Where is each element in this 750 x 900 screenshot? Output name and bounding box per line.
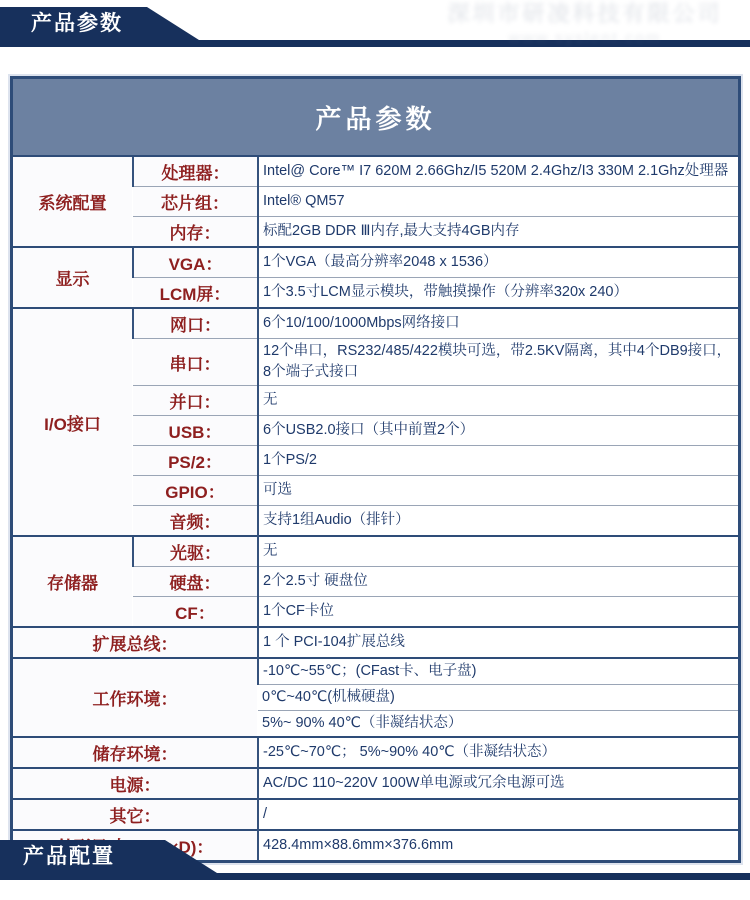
- rowgroup-system-config: 系统配置: [13, 157, 133, 247]
- row-value: -25℃~70℃； 5%~90% 40℃（非凝结状态）: [258, 737, 738, 768]
- row-value: 0℃~40℃(机械硬盘): [258, 685, 738, 711]
- row-label: 储存环境：: [13, 737, 258, 768]
- spec-row-optical: 存储器 光驱： 无: [13, 536, 738, 567]
- row-label: 音频：: [133, 506, 258, 537]
- spec-row-storage-env: 储存环境： -25℃~70℃； 5%~90% 40℃（非凝结状态）: [13, 737, 738, 768]
- rowgroup-io: I/O接口: [13, 308, 133, 536]
- row-label: 串口：: [133, 339, 258, 386]
- spec-row-cpu: 系统配置 处理器： Intel@ Core™ I7 620M 2.66Ghz/I…: [13, 157, 738, 187]
- row-value: 428.4mm×88.6mm×376.6mm: [258, 830, 738, 860]
- row-label: 内存：: [133, 217, 258, 248]
- row-label: 处理器：: [133, 157, 258, 187]
- banner-top-label: 产品参数: [31, 8, 123, 40]
- row-label: 电源：: [13, 768, 258, 799]
- row-value: Intel@ Core™ I7 620M 2.66Ghz/I5 520M 2.4…: [258, 157, 738, 187]
- row-value: 12个串口，RS232/485/422模块可选，带2.5KV隔离，其中4个DB9…: [258, 339, 738, 386]
- row-value: 支持1组Audio（排针）: [258, 506, 738, 537]
- row-label: 芯片组：: [133, 187, 258, 217]
- row-value: 无: [258, 386, 738, 416]
- banner-bottom-label: 产品配置: [23, 841, 115, 873]
- row-value: 6个USB2.0接口（其中前置2个）: [258, 416, 738, 446]
- row-value: Intel® QM57: [258, 187, 738, 217]
- row-value: 1个PS/2: [258, 446, 738, 476]
- row-value: 标配2GB DDR Ⅲ内存,最大支持4GB内存: [258, 217, 738, 248]
- row-value: 可选: [258, 476, 738, 506]
- spec-table-header: 产品参数: [13, 79, 738, 157]
- row-label: 扩展总线：: [13, 627, 258, 658]
- row-label: 光驱：: [133, 536, 258, 567]
- row-value: /: [258, 799, 738, 830]
- spec-row-vga: 显示 VGA： 1个VGA（最高分辨率2048 x 1536）: [13, 247, 738, 278]
- row-label: PS/2：: [133, 446, 258, 476]
- spec-row-other: 其它： /: [13, 799, 738, 830]
- row-label: 网口：: [133, 308, 258, 339]
- row-value: 1个CF卡位: [258, 597, 738, 628]
- spec-row-operating-env-1: 工作环境： -10℃~55℃；(CFast卡、电子盘): [13, 658, 738, 685]
- row-value: AC/DC 110~220V 100W单电源或冗余电源可选: [258, 768, 738, 799]
- row-value: 1个VGA（最高分辨率2048 x 1536）: [258, 247, 738, 278]
- row-label: 并口：: [133, 386, 258, 416]
- row-label: 工作环境：: [13, 658, 258, 737]
- row-value: 1个3.5寸LCM显示模块，带触摸操作（分辨率320x 240）: [258, 278, 738, 309]
- row-value: 6个10/100/1000Mbps网络接口: [258, 308, 738, 339]
- row-value: 1 个 PCI-104扩展总线: [258, 627, 738, 658]
- row-label: 其它：: [13, 799, 258, 830]
- row-label: GPIO：: [133, 476, 258, 506]
- spec-row-power: 电源： AC/DC 110~220V 100W单电源或冗余电源可选: [13, 768, 738, 799]
- rowgroup-storage: 存储器: [13, 536, 133, 627]
- section-banner-product-parameters: 产品参数: [0, 7, 750, 47]
- page: 产品参数 深圳市研凌科技有限公司 www.syslent.com 深圳市研凌科技…: [0, 0, 750, 900]
- row-label: LCM屏：: [133, 278, 258, 309]
- spec-row-expansion-bus: 扩展总线： 1 个 PCI-104扩展总线: [13, 627, 738, 658]
- row-value: -10℃~55℃；(CFast卡、电子盘): [258, 658, 738, 685]
- spec-table-title: 产品参数: [315, 99, 435, 136]
- row-label: VGA：: [133, 247, 258, 278]
- row-value: 无: [258, 536, 738, 567]
- row-label: 硬盘：: [133, 567, 258, 597]
- row-value: 2个2.5寸 硬盘位: [258, 567, 738, 597]
- rowgroup-display: 显示: [13, 247, 133, 308]
- row-value: 5%~ 90% 40℃（非凝结状态）: [258, 711, 738, 738]
- spec-table: 产品参数 系统配置 处理器： Intel@ Core™ I7 620M 2.66…: [10, 76, 741, 863]
- spec-row-lan: I/O接口 网口： 6个10/100/1000Mbps网络接口: [13, 308, 738, 339]
- row-label: USB：: [133, 416, 258, 446]
- row-label: CF：: [133, 597, 258, 628]
